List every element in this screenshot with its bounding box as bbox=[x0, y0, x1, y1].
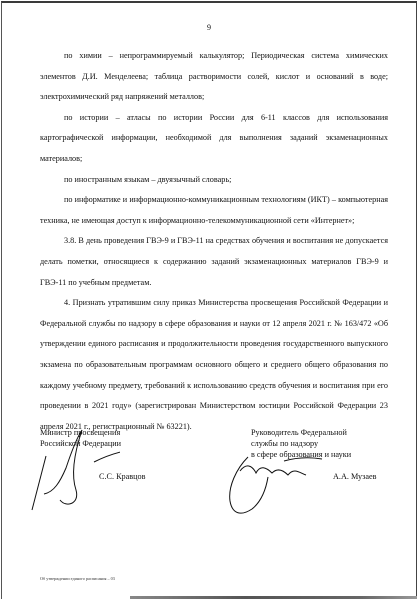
document-body: по химии – непрограммируемый калькулятор… bbox=[40, 46, 388, 437]
paragraph-informatics: по информатике и информационно-коммуника… bbox=[40, 190, 388, 231]
signer-title-line: Руководитель Федеральной bbox=[251, 427, 351, 438]
signer-name-right: А.А. Музаев bbox=[333, 472, 377, 481]
paragraph-4: 4. Признать утратившим силу приказ Минис… bbox=[40, 293, 388, 437]
paragraph-3-8: 3.8. В день проведения ГВЭ-9 и ГВЭ-11 на… bbox=[40, 231, 388, 293]
paragraph-chemistry: по химии – непрограммируемый калькулятор… bbox=[40, 46, 388, 108]
paragraph-languages: по иностранным языкам – двуязычный слова… bbox=[40, 170, 388, 191]
footer-note: Об утверждении единого расписания – 03 bbox=[40, 576, 115, 581]
paragraph-history: по истории – атласы по истории России дл… bbox=[40, 108, 388, 170]
page-number: 9 bbox=[2, 23, 416, 32]
document-page: 9 по химии – непрограммируемый калькулят… bbox=[1, 1, 417, 599]
handwritten-signature-left bbox=[30, 428, 120, 513]
handwritten-signature-right bbox=[226, 443, 326, 523]
